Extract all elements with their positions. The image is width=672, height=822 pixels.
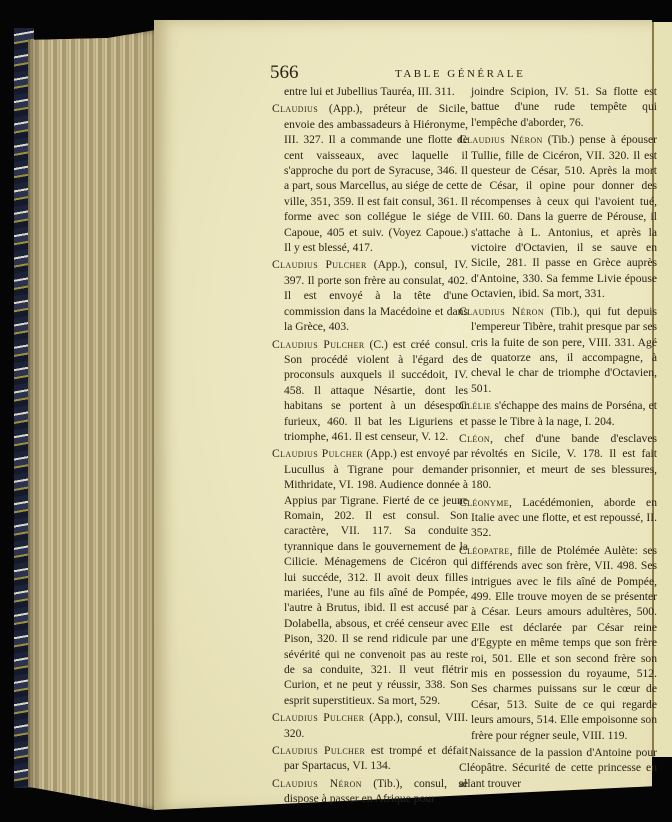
page-stack-edges xyxy=(28,30,156,810)
index-entry: Cléonyme, Lacédémonien, aborde en Italie… xyxy=(459,495,657,541)
entry-headword: Cléonyme xyxy=(459,496,509,509)
index-entry: Claudius Pulcher (App.), consul, IV. 397… xyxy=(272,257,468,334)
entry-text: (App.), préteur de Sicile, envoie des am… xyxy=(284,102,468,254)
entry-headword: Clélie xyxy=(459,399,491,412)
index-entry: Claudius Néron (Tib.) pense à épouser Tu… xyxy=(459,132,657,301)
running-head: TABLE GÉNÉRALE xyxy=(395,68,525,80)
entry-headword: Claudius Pulcher xyxy=(272,258,367,271)
index-entry: Claudius Pulcher (C.) est créé consul. S… xyxy=(272,337,468,445)
page-header: 566 TABLE GÉNÉRALE xyxy=(270,62,650,84)
entry-headword: Claudius Néron xyxy=(459,305,544,318)
index-paragraph: Naissance de la passion d'Antoine pour C… xyxy=(459,745,657,791)
entry-headword: Claudius Pulcher xyxy=(272,744,365,757)
entry-text: (C.) est créé consul. Son procédé violen… xyxy=(284,338,468,443)
page-number: 566 xyxy=(270,62,299,84)
left-column: entre lui et Jubellius Tauréa, III. 311.… xyxy=(272,84,468,809)
index-entry: Claudius (App.), préteur de Sicile, envo… xyxy=(272,101,468,255)
index-entry: Claudius Pulcher (App.) est envoyé par L… xyxy=(272,446,468,708)
index-entry: Claudius Néron (Tib.), consul, se dispos… xyxy=(272,776,468,807)
entry-text: , chef d'une bande d'esclaves révoltés e… xyxy=(471,432,657,491)
entry-headword: Claudius Néron xyxy=(272,777,362,790)
index-entry: Claudius Néron (Tib.), qui fut depuis l'… xyxy=(459,304,657,396)
index-entry: Clélie s'échappe des mains de Porséna, e… xyxy=(459,398,657,429)
entry-headword: Claudius xyxy=(272,102,318,115)
index-entry: Cléon, chef d'une bande d'esclaves révol… xyxy=(459,431,657,493)
right-column: joindre Scipion, IV. 51. Sa flotte est b… xyxy=(459,84,657,793)
index-entry: Claudius Pulcher (App.), consul, VIII. 3… xyxy=(272,710,468,741)
entry-text: , fille de Ptolémée Aulète: ses différen… xyxy=(471,544,657,742)
entry-text: (Tib.), qui fut depuis l'empereur Tibère… xyxy=(471,305,657,395)
index-entry: entre lui et Jubellius Tauréa, III. 311. xyxy=(272,84,468,99)
index-entry: Claudius Pulcher est trompé et défait pa… xyxy=(272,743,468,774)
entry-headword: Claudius Pulcher xyxy=(272,711,364,724)
index-entry: joindre Scipion, IV. 51. Sa flotte est b… xyxy=(459,84,657,130)
entry-headword: Cléopatre xyxy=(459,544,510,557)
index-entry: Cléopatre, fille de Ptolémée Aulète: ses… xyxy=(459,543,657,743)
entry-text: (Tib.) pense à épouser Tullie, fille de … xyxy=(471,133,657,300)
entry-headword: Claudius Néron xyxy=(459,133,543,146)
entry-headword: Claudius Pulcher xyxy=(272,338,365,351)
entry-headword: Cléon xyxy=(459,432,490,445)
entry-headword: Claudius Pulcher xyxy=(272,447,363,460)
entry-text: (App.) est envoyé par Lucullus à Tigrane… xyxy=(284,447,468,707)
entry-text: s'échappe des mains de Porséna, et passe… xyxy=(471,399,657,427)
